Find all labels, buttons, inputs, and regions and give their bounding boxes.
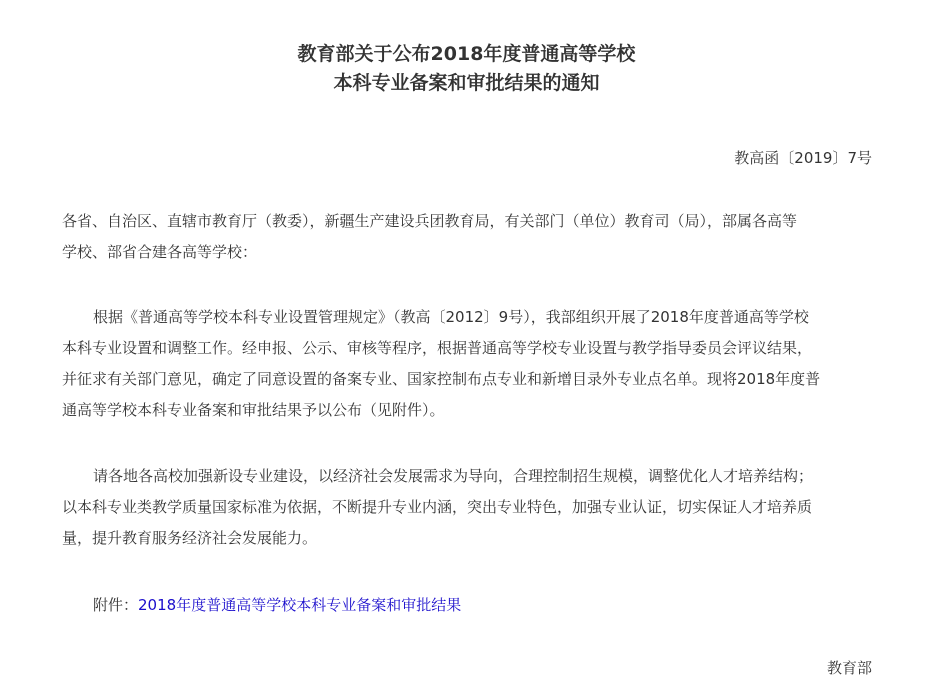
signature: 教育部 xyxy=(827,656,872,680)
body2-line-2: 以本科专业类教学质量国家标准为依据，不断提升专业内涵，突出专业特色，加强专业认证… xyxy=(62,492,872,523)
title-line-2: 本科专业备案和审批结果的通知 xyxy=(0,69,933,98)
body1-line-4: 通高等学校本科专业备案和审批结果予以公布（见附件）。 xyxy=(62,395,872,426)
body-paragraph-2: 请各地各高校加强新设专业建设，以经济社会发展需求为导向，合理控制招生规模，调整优… xyxy=(62,461,872,554)
salutation-line-2: 学校、部省合建各高等学校： xyxy=(62,237,872,268)
body2-line-3: 量，提升教育服务经济社会发展能力。 xyxy=(62,523,872,554)
attachment-row: 附件：2018年度普通高等学校本科专业备案和审批结果 xyxy=(93,591,461,619)
salutation-line-1: 各省、自治区、直辖市教育厅（教委），新疆生产建设兵团教育局，有关部门（单位）教育… xyxy=(62,206,872,237)
body1-line-1: 根据《普通高等学校本科专业设置管理规定》（教高〔2012〕9号），我部组织开展了… xyxy=(62,302,872,333)
body1-line-3: 并征求有关部门意见，确定了同意设置的备案专业、国家控制布点专业和新增目录外专业点… xyxy=(62,364,872,395)
attachment-label: 附件： xyxy=(93,596,138,614)
salutation-paragraph: 各省、自治区、直辖市教育厅（教委），新疆生产建设兵团教育局，有关部门（单位）教育… xyxy=(62,206,872,268)
body2-line-1: 请各地各高校加强新设专业建设，以经济社会发展需求为导向，合理控制招生规模，调整优… xyxy=(62,461,872,492)
title-line-1: 教育部关于公布2018年度普通高等学校 xyxy=(0,40,933,69)
document-title: 教育部关于公布2018年度普通高等学校 本科专业备案和审批结果的通知 xyxy=(0,40,933,98)
attachment-link[interactable]: 2018年度普通高等学校本科专业备案和审批结果 xyxy=(138,596,461,614)
document-page: 教育部关于公布2018年度普通高等学校 本科专业备案和审批结果的通知 教高函〔2… xyxy=(0,0,933,690)
body-paragraph-1: 根据《普通高等学校本科专业设置管理规定》（教高〔2012〕9号），我部组织开展了… xyxy=(62,302,872,426)
body1-line-2: 本科专业设置和调整工作。经申报、公示、审核等程序，根据普通高等学校专业设置与教学… xyxy=(62,333,872,364)
document-number: 教高函〔2019〕7号 xyxy=(734,146,872,170)
